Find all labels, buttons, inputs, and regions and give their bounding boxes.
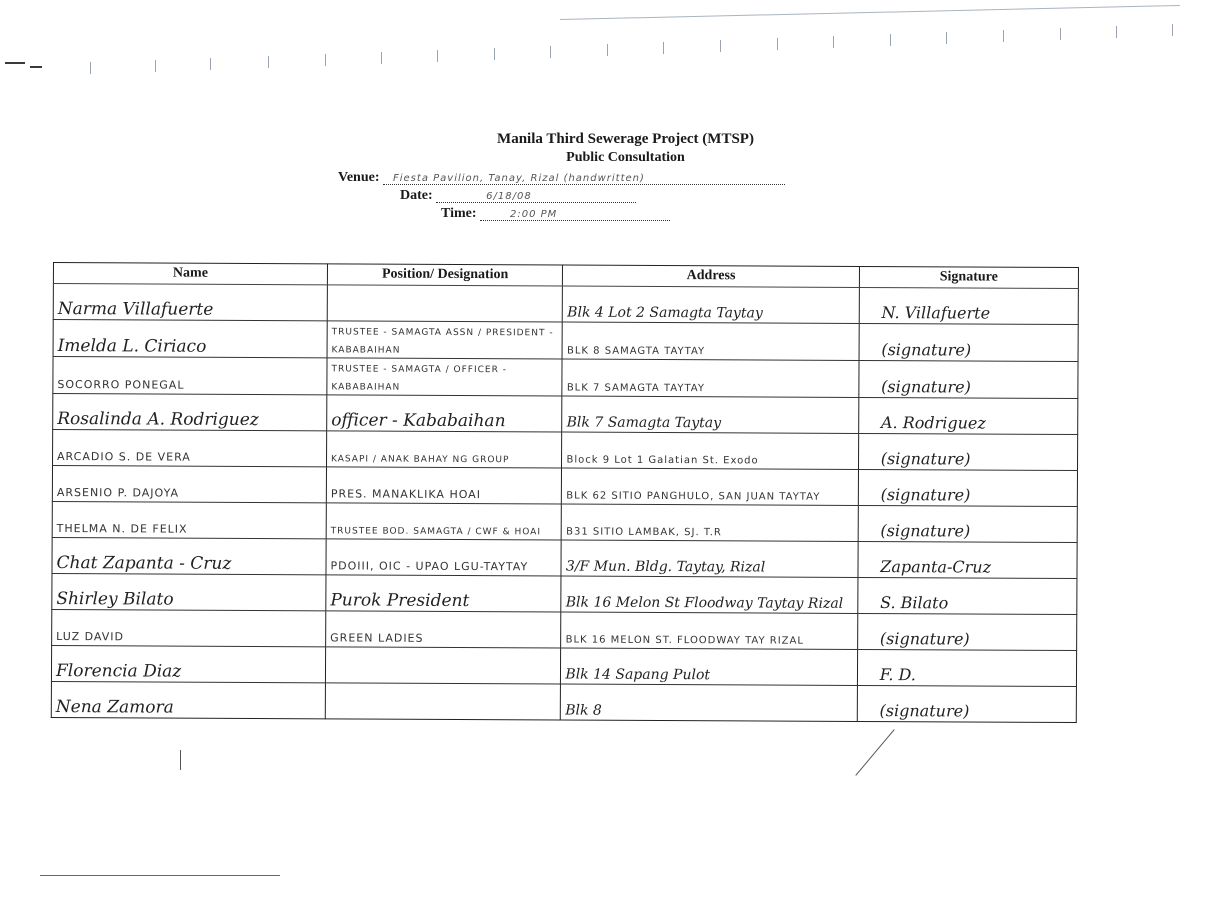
position-cell: PDOIII, OIC - UPAO LGU-TAYTAY [326,539,562,576]
ruler-tick [155,60,156,72]
table-row: Rosalinda A. Rodriguezofficer - Kababaih… [53,394,1078,435]
ruler-tick [663,42,664,54]
time-value: 2:00 PM [480,209,670,221]
name-cell-text: Imelda L. Ciriaco [58,336,207,357]
name-cell-text: SOCORRO PONEGAL [57,378,184,392]
address-cell-text: BLK 62 SITIO PANGHULO, SAN JUAN TAYTAY [566,491,820,503]
signature-cell: (signature) [859,323,1078,361]
signature-cell-text: A. Rodriguez [863,413,986,433]
name-cell: Nena Zamora [51,681,325,718]
name-cell-text: Florencia Diaz [56,661,181,682]
name-cell: Chat Zapanta - Cruz [52,537,326,574]
ruler-tick [777,38,778,50]
position-cell: PRES. MANAKLIKA HOAI [326,467,562,504]
signature-cell: N. Villafuerte [859,287,1078,324]
name-cell: Rosalinda A. Rodriguez [53,394,327,431]
ruler-tick [890,34,891,46]
ruler-tick [1003,30,1004,42]
ruler-tick [381,52,382,64]
ruler-tick [210,58,211,70]
signature-cell-text: F. D. [862,665,916,684]
position-cell-text: officer - Kababaihan [331,410,505,431]
name-cell: SOCORRO PONEGAL [53,357,327,395]
ruler-tick [1172,24,1173,36]
table-row: ARSENIO P. DAJOYAPRES. MANAKLIKA HOAIBLK… [52,466,1077,507]
ruler-tick [607,44,608,56]
scan-edge-marks [40,875,280,876]
venue-label: Venue: [338,170,380,186]
position-cell-text: PRES. MANAKLIKA HOAI [331,487,481,501]
position-cell: GREEN LADIES [326,611,562,648]
table-row: SOCORRO PONEGALTRUSTEE - SAMAGTA / OFFIC… [53,357,1078,399]
date-value: 6/18/08 [436,191,636,203]
venue-field: Venue: Fiesta Pavilion, Tanay, Rizal (ha… [338,170,785,186]
address-cell-text: 3/F Mun. Bldg. Taytay, Rizal [566,559,765,576]
name-cell: ARCADIO S. DE VERA [53,430,327,467]
address-cell-text: BLK 8 SAMAGTA TAYTAY [567,346,705,358]
attendance-sheet: Name Position/ Designation Address Signa… [51,262,1079,747]
ruler-tick [833,36,834,48]
signature-cell: A. Rodriguez [858,397,1077,434]
ruler-tick [437,50,438,62]
position-cell [325,683,561,720]
signature-cell: S. Bilato [858,577,1077,614]
address-cell: Blk 8 [561,684,858,721]
ruler-tick [946,32,947,44]
ruler-tick [494,48,495,60]
position-cell: TRUSTEE - SAMAGTA ASSN / PRESIDENT - KAB… [327,321,563,359]
position-cell-text: TRUSTEE BOD. SAMAGTA / CWF & HOAI [331,526,541,537]
address-cell-text: Blk 8 [565,703,602,719]
attendance-table: Name Position/ Designation Address Signa… [51,262,1079,723]
address-cell: B31 SITIO LAMBAK, SJ. T.R [562,504,859,541]
signature-cell-text: (signature) [863,340,971,360]
address-cell: BLK 8 SAMAGTA TAYTAY [562,322,859,360]
signature-cell: Zapanta-Cruz [858,541,1077,578]
name-cell-text: ARSENIO P. DAJOYA [57,486,179,500]
time-label: Time: [441,206,477,222]
address-cell-text: Blk 14 Sapang Pulot [565,667,710,684]
table-row: Chat Zapanta - CruzPDOIII, OIC - UPAO LG… [52,537,1077,578]
scan-edge-line [560,5,1180,20]
signature-cell-text: (signature) [862,629,970,649]
signature-cell: (signature) [857,613,1076,650]
address-cell: BLK 16 MELON ST. FLOODWAY TAY RIZAL [561,612,858,649]
position-cell [325,647,561,684]
signature-cell-text: (signature) [862,701,970,721]
name-cell: ARSENIO P. DAJOYA [52,466,326,503]
name-cell-text: Shirley Bilato [56,589,173,610]
ruler-tick [1060,28,1061,40]
address-cell-text: B31 SITIO LAMBAK, SJ. T.R [566,527,722,539]
ruler-tick [720,40,721,52]
name-cell: Shirley Bilato [52,573,326,610]
address-cell: Blk 7 Samagta Taytay [562,396,859,433]
signature-cell: (signature) [858,505,1077,542]
date-label: Date: [400,188,433,204]
signature-cell: (signature) [857,685,1076,722]
position-cell-text: GREEN LADIES [330,631,423,644]
document-title: Manila Third Sewerage Project (MTSP) [20,131,1211,148]
table-row: Narma VillafuerteBlk 4 Lot 2 Samagta Tay… [53,284,1078,325]
signature-overflow-stroke [180,750,181,770]
signature-cell-text: (signature) [863,377,971,397]
document-subtitle: Public Consultation [20,150,1211,166]
address-cell: 3/F Mun. Bldg. Taytay, Rizal [561,540,858,577]
signature-cell-text: (signature) [863,485,971,505]
name-cell: THELMA N. DE FELIX [52,501,326,538]
position-cell: Purok President [326,575,562,612]
address-cell-text: Blk 16 Melon St Floodway Taytay Rizal [566,595,843,612]
name-cell-text: THELMA N. DE FELIX [57,522,188,536]
address-cell-text: BLK 7 SAMAGTA TAYTAY [567,383,705,395]
position-cell-text: Purok President [330,590,469,611]
table-row: Florencia DiazBlk 14 Sapang PulotF. D. [51,645,1076,686]
ruler-tick [550,46,551,58]
date-field: Date: 6/18/08 [400,188,636,204]
signature-cell: F. D. [857,649,1076,686]
signature-cell-text: (signature) [863,449,971,469]
signature-cell-text: Zapanta-Cruz [862,557,991,577]
position-cell-text: TRUSTEE - SAMAGTA / OFFICER - KABABAIHAN [331,364,507,392]
name-cell: Imelda L. Ciriaco [53,320,327,358]
table-row: Shirley BilatoPurok PresidentBlk 16 Melo… [52,573,1077,614]
name-cell-text: LUZ DAVID [56,630,124,643]
position-cell-text: TRUSTEE - SAMAGTA ASSN / PRESIDENT - KAB… [332,327,554,355]
signature-cell: (signature) [859,360,1078,398]
table-row: Imelda L. CiriacoTRUSTEE - SAMAGTA ASSN … [53,320,1078,362]
name-cell-text: ARCADIO S. DE VERA [57,450,191,464]
signature-cell-text: S. Bilato [862,593,948,612]
header-address: Address [563,265,859,287]
position-cell [327,285,563,322]
signature-cell: (signature) [858,469,1077,506]
position-cell: officer - Kababaihan [327,395,563,432]
address-cell-text: Blk 4 Lot 2 Samagta Taytay [567,305,763,322]
signature-cell-text: (signature) [862,521,970,541]
name-cell: LUZ DAVID [52,609,326,646]
name-cell: Narma Villafuerte [53,284,327,321]
position-cell: KASAPI / ANAK BAHAY NG GROUP [327,431,563,468]
ruler-tick [325,54,326,66]
name-cell-text: Rosalinda A. Rodriguez [57,409,259,430]
position-cell-text: PDOIII, OIC - UPAO LGU-TAYTAY [330,559,528,573]
address-cell-text: BLK 16 MELON ST. FLOODWAY TAY RIZAL [566,635,804,647]
address-cell-text: Blk 7 Samagta Taytay [567,415,721,432]
name-cell-text: Narma Villafuerte [58,299,214,320]
address-cell: BLK 62 SITIO PANGHULO, SAN JUAN TAYTAY [562,468,859,505]
time-field: Time: 2:00 PM [441,206,670,222]
header-position: Position/ Designation [327,264,563,286]
position-cell: TRUSTEE BOD. SAMAGTA / CWF & HOAI [326,503,562,540]
name-cell-text: Chat Zapanta - Cruz [56,553,231,574]
signature-cell: (signature) [858,433,1077,470]
table-row: Nena ZamoraBlk 8(signature) [51,681,1076,722]
address-cell: Blk 4 Lot 2 Samagta Taytay [563,286,860,323]
signature-cell-text: N. Villafuerte [863,303,990,323]
name-cell-text: Nena Zamora [56,697,174,718]
scan-edge-marks [30,66,42,68]
scan-edge-marks [5,62,25,64]
header-signature: Signature [859,266,1078,288]
position-cell: TRUSTEE - SAMAGTA / OFFICER - KABABAIHAN [327,358,563,396]
ruler-tick [1116,26,1117,38]
header-name: Name [53,263,327,285]
name-cell: Florencia Diaz [51,645,325,682]
address-cell: BLK 7 SAMAGTA TAYTAY [562,359,859,397]
ruler-tick [90,62,91,74]
address-cell: Blk 16 Melon St Floodway Taytay Rizal [561,576,858,613]
address-cell-text: Block 9 Lot 1 Galatian St. Exodo [566,455,758,467]
address-cell: Blk 14 Sapang Pulot [561,648,858,685]
table-row: ARCADIO S. DE VERAKASAPI / ANAK BAHAY NG… [53,430,1078,471]
venue-value: Fiesta Pavilion, Tanay, Rizal (handwritt… [383,173,785,185]
ruler-tick [268,56,269,68]
address-cell: Block 9 Lot 1 Galatian St. Exodo [562,432,859,469]
position-cell-text: KASAPI / ANAK BAHAY NG GROUP [331,454,509,465]
table-row: LUZ DAVIDGREEN LADIESBLK 16 MELON ST. FL… [52,609,1077,650]
table-row: THELMA N. DE FELIXTRUSTEE BOD. SAMAGTA /… [52,501,1077,542]
